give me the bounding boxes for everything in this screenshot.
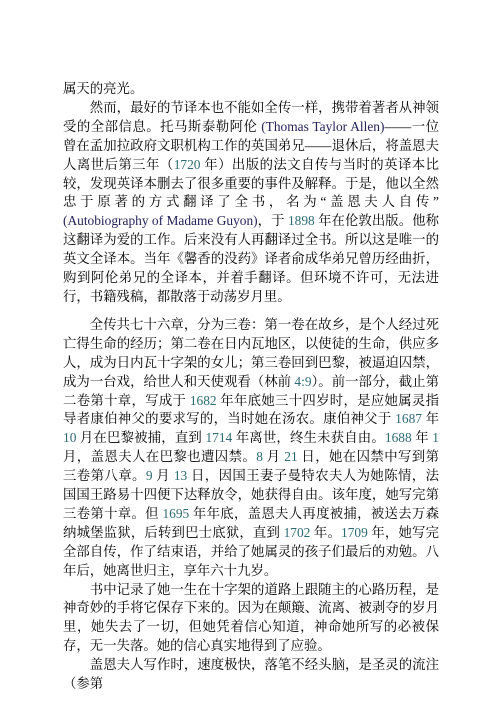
number-text: 1687 (395, 411, 422, 426)
chinese-text: 月 (263, 449, 284, 464)
document-page: 属天的亮光。然而，最好的节译本也不能如全传一样，携带着著者从神领受的全部信息。托… (0, 0, 501, 711)
chinese-text: ，于 (258, 213, 288, 228)
number-text: 10 (63, 430, 76, 445)
number-text: 21 (284, 449, 297, 464)
chinese-text: 年 (422, 411, 439, 426)
number-text: 1688 (385, 430, 412, 445)
chinese-text: 年 (412, 430, 433, 445)
paragraph: 盖恩夫人写作时，速度极快，落笔不经头脑，是圣灵的流注（参第 (63, 656, 439, 694)
paragraph: 全传共七十六章，分为三卷：第一卷在故乡，是个人经过死亡得生命的经历；第二卷在日内… (63, 316, 439, 581)
chinese-text: 月，盖恩夫人在巴黎也遭囚禁。 (63, 449, 256, 464)
number-text: 9 (146, 468, 153, 483)
number-text: 1682 (190, 393, 217, 408)
chinese-text: 书中记录了她一生在十字架的道路上跟随主的心路历程，是神奇妙的手将它保存下来的。因… (63, 582, 439, 654)
number-text: 1 (432, 430, 439, 445)
number-text: 1695 (162, 506, 189, 521)
chinese-text: 盖恩夫人写作时，速度极快，落笔不经头脑，是圣灵的流注（参第 (63, 657, 439, 691)
number-text: 1702 (284, 525, 311, 540)
chinese-text: 月在巴黎被捕，直到 (76, 430, 205, 445)
number-text: 1898 (288, 213, 315, 228)
number-text: 4:9 (294, 374, 311, 389)
document-body: 属天的亮光。然而，最好的节译本也不能如全传一样，携带着著者从神领受的全部信息。托… (63, 80, 439, 694)
number-text: 1709 (341, 525, 368, 540)
number-text: 13 (174, 468, 187, 483)
number-text: 8 (256, 449, 263, 464)
paragraph: 然而，最好的节译本也不能如全传一样，携带着著者从神领受的全部信息。托马斯泰勒阿伦… (63, 99, 439, 307)
latin-text: (Thomas Taylor Allen) (261, 119, 384, 134)
chinese-text: 属天的亮光。 (63, 81, 143, 96)
number-text: 1714 (205, 430, 232, 445)
paragraph: 书中记录了她一生在十字架的道路上跟随主的心路历程，是神奇妙的手将它保存下来的。因… (63, 581, 439, 657)
chinese-text: 月 (153, 468, 174, 483)
chinese-text: 年。 (310, 525, 341, 540)
chinese-text: 年离世，终生未获自由。 (232, 430, 385, 445)
paragraph: 属天的亮光。 (63, 80, 439, 99)
latin-text: (Autobiography of Madame Guyon) (63, 213, 258, 228)
number-text: 1720 (174, 157, 201, 172)
